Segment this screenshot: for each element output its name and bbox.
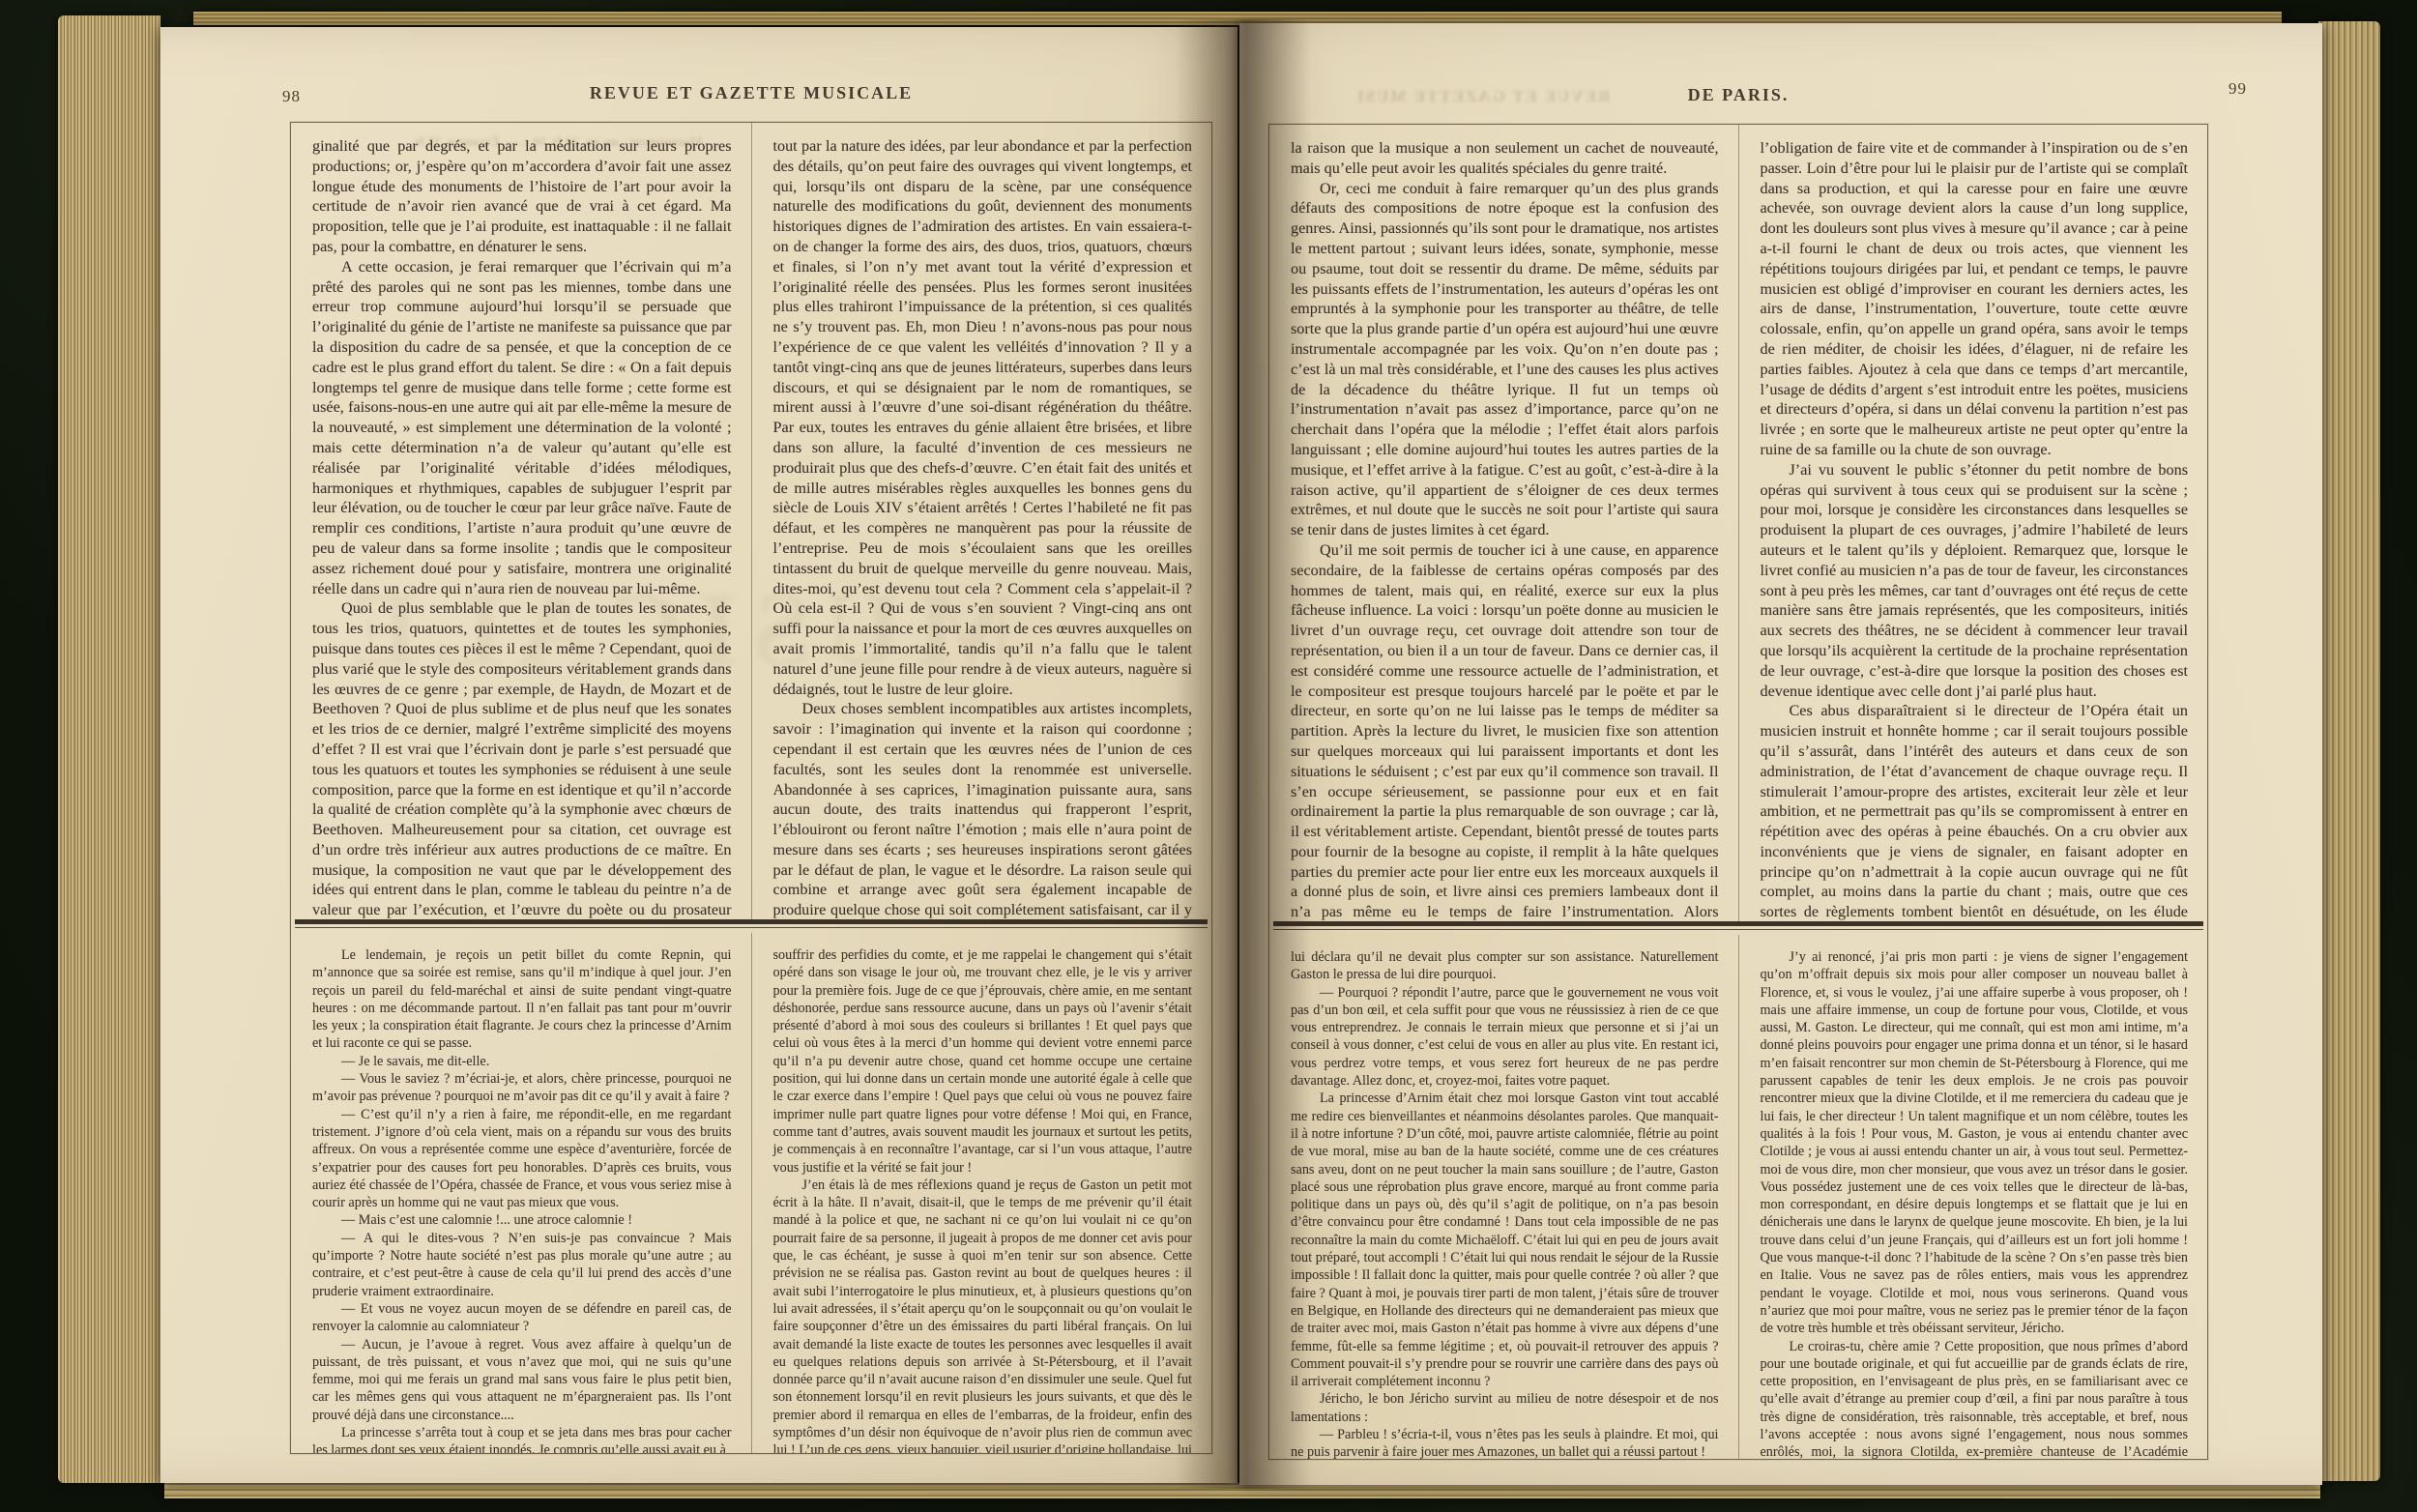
- paragraph: J’y ai renoncé, j’ai pris mon parti : je…: [1761, 948, 2189, 1338]
- right-page-number: 99: [2228, 79, 2247, 99]
- paragraph: — Pourquoi ? répondit l’autre, parce que…: [1291, 984, 1719, 1090]
- page-stack-left-edge: [58, 15, 160, 1483]
- paragraph: La princesse d’Arnim était chez moi lors…: [1291, 1090, 1719, 1390]
- right-page-main-article: la raison que la musique a non seulement…: [1269, 125, 2207, 923]
- left-page-feuilleton: Le lendemain, je reçois un petit billet …: [291, 933, 1211, 1453]
- paragraph: Deux choses semblent incompatibles aux a…: [773, 699, 1193, 921]
- right-page-feuilleton-column-1: lui déclara qu’il ne devait plus compter…: [1269, 935, 1738, 1459]
- paragraph: J’en étais là de mes réflexions quand je…: [773, 1177, 1193, 1453]
- paragraph: — Vous le saviez ? m’écriai-je, et alors…: [312, 1070, 732, 1106]
- left-running-title: REVUE ET GAZETTE MUSICALE: [290, 83, 1212, 103]
- paragraph: — Et vous ne voyez aucun moyen de se déf…: [312, 1300, 732, 1336]
- right-page-main-column-2: l’obligation de faire vite et de command…: [1738, 125, 2208, 923]
- paragraph: A cette occasion, je ferai remarquer que…: [312, 257, 732, 599]
- paragraph: Qu’il me soit permis de toucher ici à un…: [1291, 540, 1719, 923]
- right-page-feuilleton-column-2: J’y ai renoncé, j’ai pris mon parti : je…: [1738, 935, 2208, 1459]
- paragraph: — Je le savais, me dit-elle.: [312, 1053, 732, 1070]
- left-page-feuilleton-column-2: souffrir des perfidies du comte, et je m…: [751, 933, 1212, 1453]
- paragraph: Jéricho, le bon Jéricho survint au milie…: [1291, 1390, 1719, 1426]
- left-page-main-column-2: tout par la nature des idées, par leur a…: [751, 123, 1212, 921]
- paragraph: Le croiras-tu, chère amie ? Cette propos…: [1761, 1338, 2189, 1459]
- paragraph: tout par la nature des idées, par leur a…: [773, 136, 1193, 699]
- paragraph: la raison que la musique a non seulement…: [1291, 138, 1719, 179]
- paragraph: — Mais c’est une calomnie !... une atroc…: [312, 1211, 732, 1229]
- left-page-text-frame: ginalité que par degrés, et par la médit…: [290, 122, 1212, 1454]
- paragraph: Le lendemain, je reçois un petit billet …: [312, 946, 732, 1053]
- paragraph: souffrir des perfidies du comte, et je m…: [773, 946, 1193, 1177]
- paragraph: — Parbleu ! s’écria-t-il, vous n’êtes pa…: [1291, 1426, 1719, 1459]
- left-page-main-article: ginalité que par degrés, et par la médit…: [291, 123, 1211, 921]
- paragraph: lui déclara qu’il ne devait plus compter…: [1291, 948, 1719, 984]
- left-page-feuilleton-column-1: Le lendemain, je reçois un petit billet …: [291, 933, 751, 1453]
- page-stack-right-edge: [2318, 21, 2380, 1481]
- paragraph: l’obligation de faire vite et de command…: [1761, 138, 2189, 460]
- paragraph: Quoi de plus semblable que le plan de to…: [312, 598, 732, 921]
- paragraph: — A qui le dites-vous ? N’en suis-je pas…: [312, 1230, 732, 1300]
- paragraph: — Aucun, je l’avoue à regret. Vous avez …: [312, 1336, 732, 1424]
- right-running-title: DE PARIS.: [1268, 85, 2208, 105]
- paragraph: J’ai vu souvent le public s’étonner du p…: [1761, 460, 2189, 702]
- paragraph: La princesse s’arrêta tout à coup et se …: [312, 1424, 732, 1453]
- paragraph: Ces abus disparaîtraient si le directeur…: [1761, 701, 2189, 923]
- left-page-main-column-1: ginalité que par degrés, et par la médit…: [291, 123, 751, 921]
- page-stack-bottom-edge: [164, 1483, 2320, 1498]
- feuilleton-separator-rule: [295, 919, 1208, 928]
- paragraph: Or, ceci me conduit à faire remarquer qu…: [1291, 179, 1719, 540]
- paragraph: ginalité que par degrés, et par la médit…: [312, 136, 732, 257]
- right-page-feuilleton: lui déclara qu’il ne devait plus compter…: [1269, 935, 2207, 1459]
- right-page: DE PARIS. 99 REVUE ET GAZETTE MUSI la ra…: [1239, 23, 2322, 1485]
- paragraph: — C’est qu’il n’y a rien à faire, me rép…: [312, 1106, 732, 1212]
- right-page-text-frame: la raison que la musique a non seulement…: [1268, 124, 2208, 1460]
- left-page: 98 REVUE ET GAZETTE MUSICALE Abonnement …: [160, 27, 1238, 1483]
- right-page-main-column-1: la raison que la musique a non seulement…: [1269, 125, 1738, 923]
- feuilleton-separator-rule: [1273, 921, 2203, 930]
